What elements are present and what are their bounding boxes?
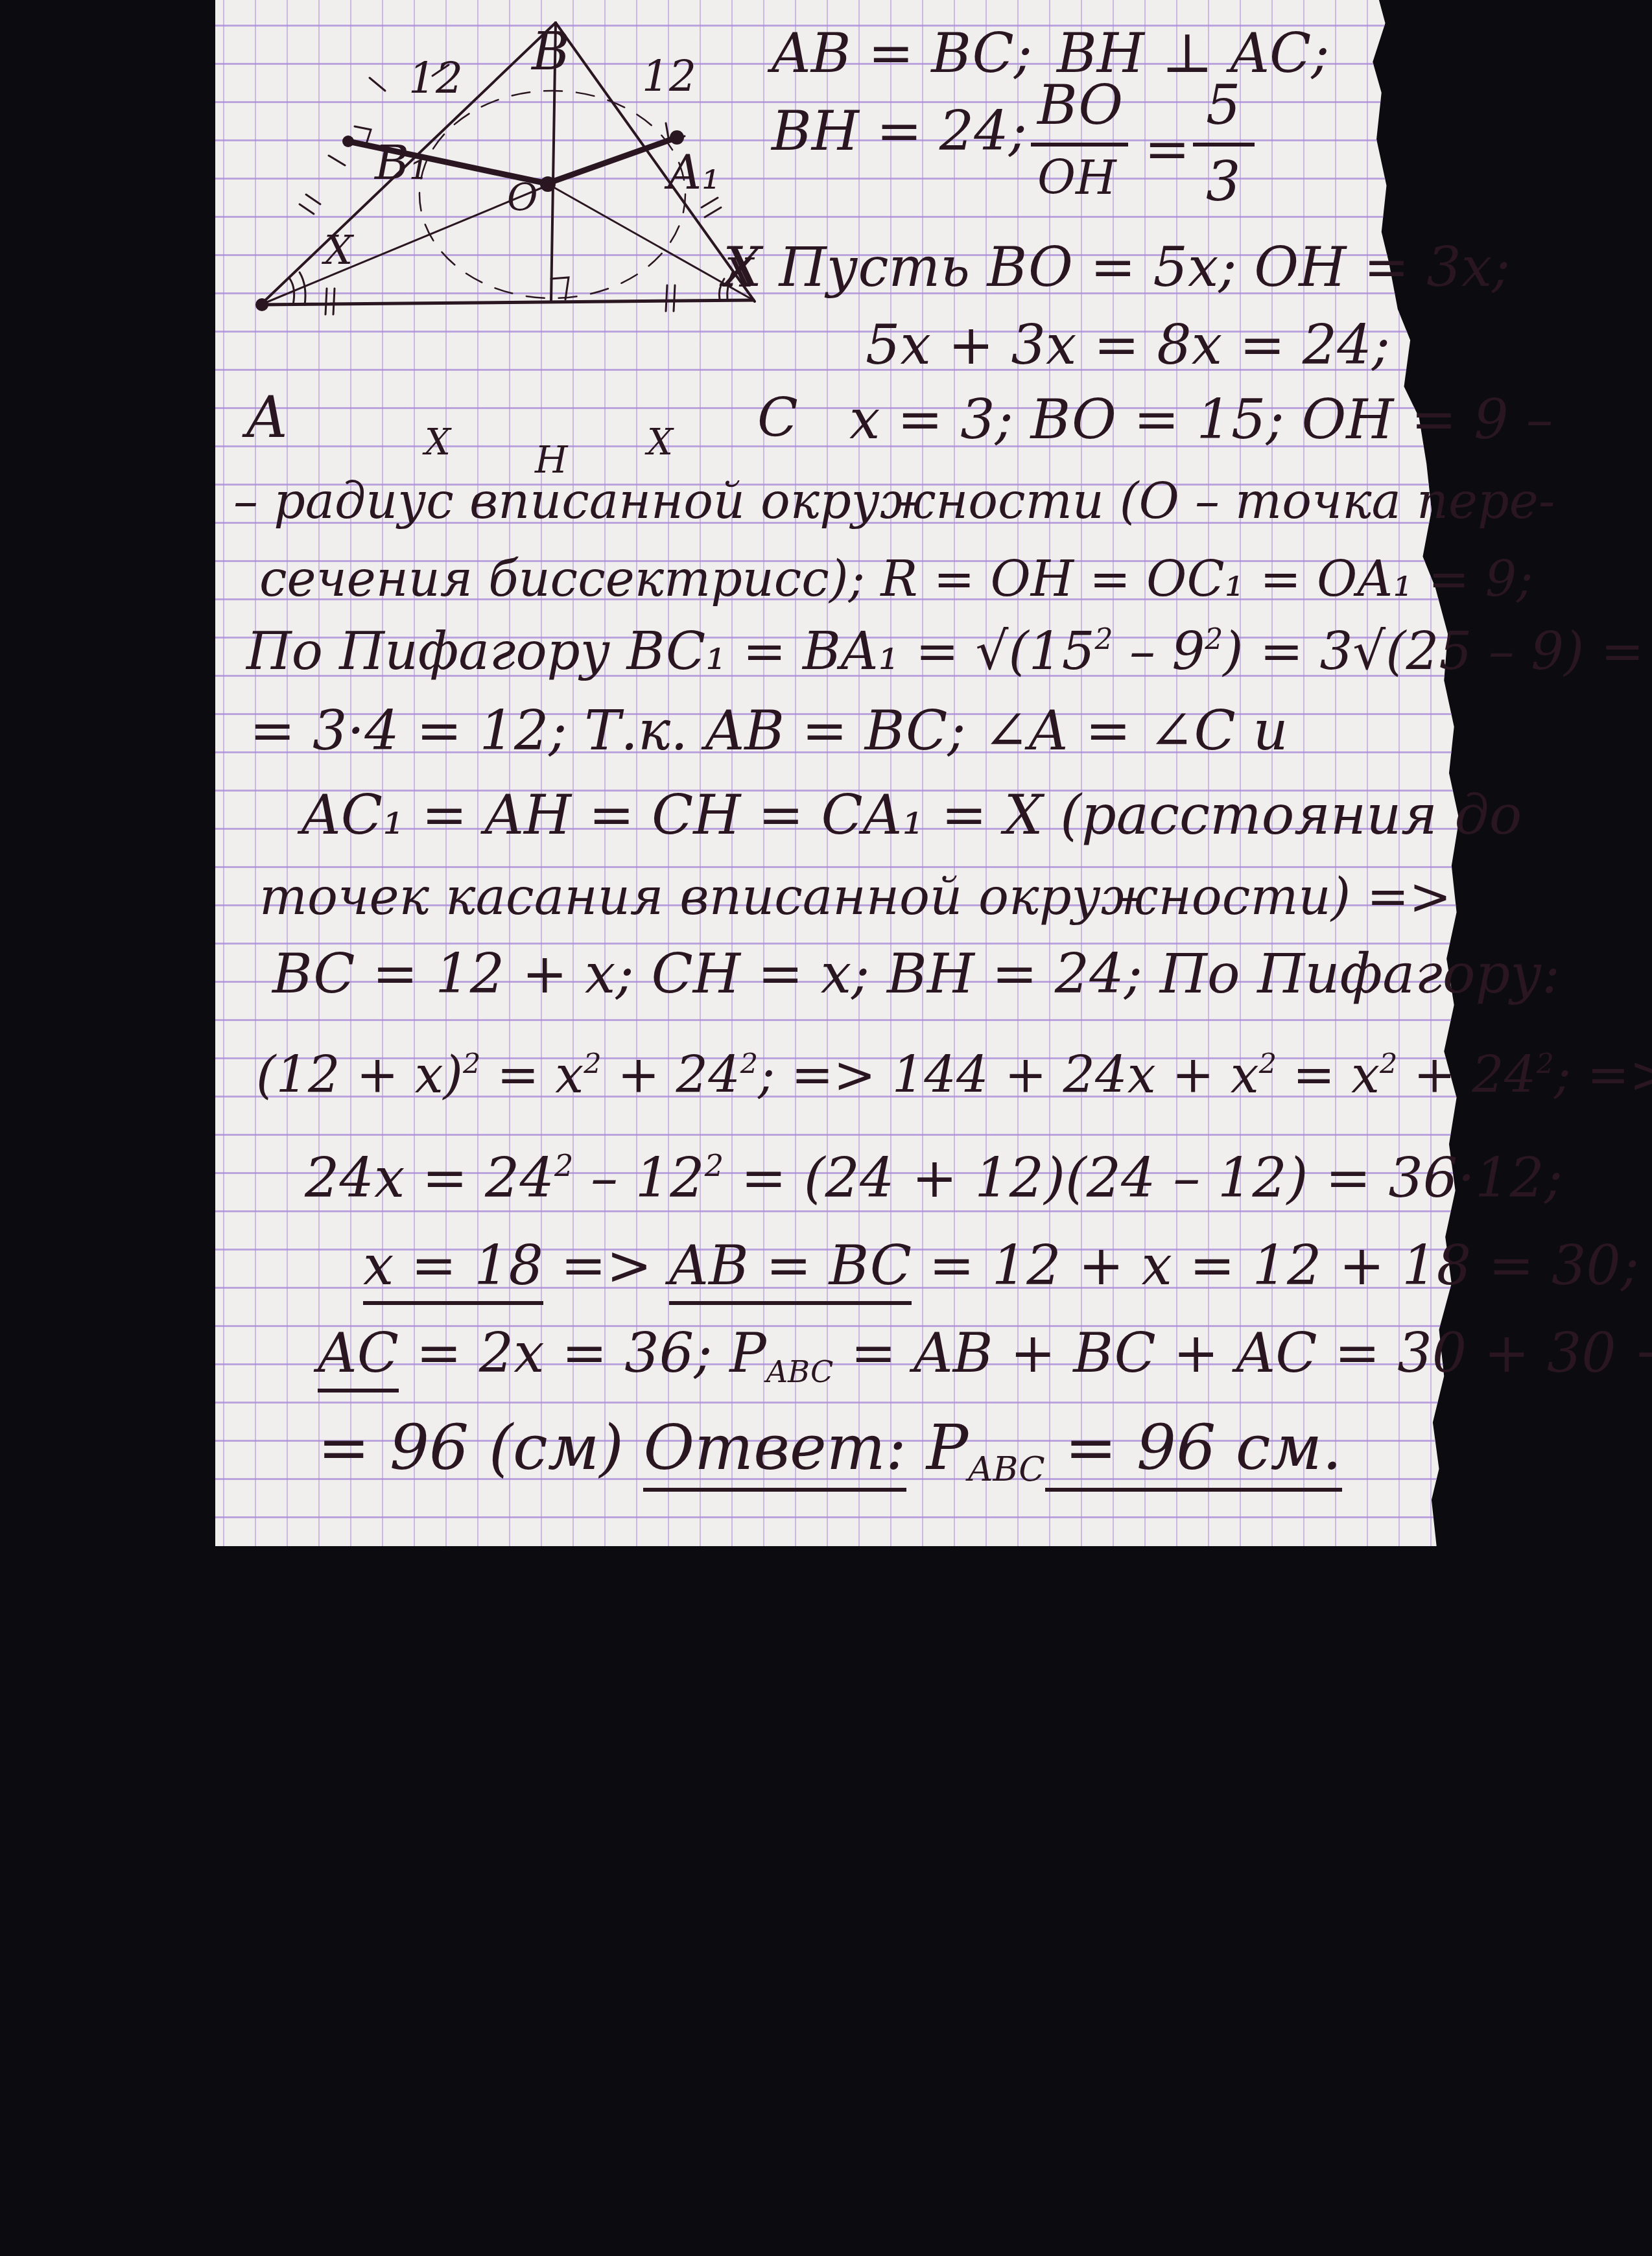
radius-oa1 [547, 137, 677, 183]
exponent: 2 [740, 1048, 758, 1080]
ratio-numerator: BO [1037, 78, 1123, 132]
point-o [540, 176, 556, 192]
given-ab-eq-bc: AB = BC; [772, 26, 1032, 80]
solution-line-2: 5x + 3x = 8x = 24; [866, 318, 1390, 372]
expr: (12 + x) [256, 1046, 463, 1105]
expr: = x [1277, 1046, 1380, 1105]
simplified-root: ) = 3√(25 – 9) = [1223, 621, 1644, 681]
label-a1: A₁ [668, 149, 720, 196]
solution-line-4: – радиус вписанной окружности (O – точка… [233, 476, 1555, 526]
exponent: 2 [463, 1048, 480, 1080]
ab-bc-value: = 12 + x = 12 + 18 = 30; [912, 1234, 1639, 1297]
label-a: A [246, 389, 288, 446]
label-o: O [507, 178, 538, 216]
label-12-right: 12 [642, 55, 696, 98]
answer-subscript: ABC [968, 1450, 1044, 1489]
given-ratio: BO OH = 5 3 [1031, 78, 1303, 214]
expr: – 12 [573, 1146, 704, 1210]
perimeter-sum: = AB + BC + AC = 30 + 30 + 36 = [833, 1321, 1652, 1385]
pythagoras-step-1: По Пифагору BC₁ = BA₁ = √(15 [246, 621, 1095, 681]
label-c: C [757, 392, 798, 445]
exponent: 2 [1380, 1048, 1397, 1080]
ac-value: = 2x = 36; P [399, 1321, 766, 1385]
answer-label: Ответ: [643, 1411, 906, 1492]
ratio-denominator: OH [1037, 154, 1116, 201]
expr: = x [480, 1046, 584, 1105]
x-result: x = 18 [363, 1234, 543, 1305]
exponent: 2 [1095, 623, 1113, 656]
label-x-bottom-left: X [425, 425, 451, 461]
solution-line-3: x = 3; BO = 15; OH = 9 – [849, 392, 1553, 447]
expr: + 24 [602, 1046, 740, 1105]
exponent: 2 [584, 1048, 601, 1080]
point-a [255, 298, 268, 311]
given-bh-24: BH = 24; [772, 104, 1027, 158]
point-b1 [342, 135, 354, 147]
exponent: 2 [1205, 623, 1223, 656]
solution-line-10: BC = 12 + x; CH = x; BH = 24; По Пифагор… [272, 946, 1560, 1001]
answer-value: = 96 см. [1045, 1411, 1342, 1492]
perimeter-value: = 96 (см) [318, 1411, 643, 1484]
expr: ; => [1554, 1046, 1652, 1105]
implies-arrow: => [543, 1234, 669, 1297]
perimeter-subscript: ABC [766, 1354, 834, 1389]
exponent: 2 [554, 1148, 573, 1183]
expr: ; => 144 + 24x + x [758, 1046, 1259, 1105]
solution-line-1: X Пусть BO = 5x; OH = 3x; [723, 240, 1510, 294]
minus-term: – 9 [1113, 621, 1205, 681]
ratio-bar [1031, 143, 1128, 147]
solution-line-8: AC₁ = AH = CH = CA₁ = X (расстояния до [301, 788, 1522, 842]
solution-line-7: = 3·4 = 12; Т.к. AB = BC; ∠A = ∠C и [250, 703, 1288, 758]
solution-line-5: сечения биссектрисс); R = OH = OC₁ = OA₁… [259, 554, 1533, 604]
solution-line-15-answer: = 96 (см) Ответ: PABC = 96 см. [318, 1416, 1342, 1487]
exponent: 2 [1259, 1048, 1277, 1080]
label-b1: B₁ [375, 139, 428, 186]
given-bh-perp-ac: BH ⊥ AC; [1057, 26, 1330, 80]
ratio-value-bar [1193, 143, 1255, 147]
right-angle-h [551, 277, 569, 300]
label-12-left: 12 [408, 57, 463, 100]
ratio-value-numerator: 5 [1206, 78, 1240, 132]
ratio-value-denominator: 3 [1206, 154, 1240, 209]
solution-line-11: (12 + x)2 = x2 + 242; => 144 + 24x + x2 … [256, 1050, 1652, 1101]
solution-line-14: AC = 2x = 36; PABC = AB + BC + AC = 30 +… [318, 1326, 1652, 1387]
label-x-bottom-right: X [647, 425, 673, 461]
label-b: B [532, 26, 570, 78]
answer-p: P [906, 1411, 968, 1484]
solution-line-13: x = 18 => AB = BC = 12 + x = 12 + 18 = 3… [363, 1238, 1639, 1293]
triangle-diagram [215, 0, 799, 467]
ac-label: AC [318, 1321, 399, 1392]
expr: 24x = 24 [305, 1146, 554, 1210]
point-a1 [670, 130, 684, 145]
label-x-left: X [324, 230, 353, 270]
exponent: 2 [705, 1148, 724, 1183]
solution-line-9: точек касания вписанной окружности) => [259, 872, 1452, 922]
exponent: 2 [1536, 1048, 1553, 1080]
solution-line-12: 24x = 242 – 122 = (24 + 12)(24 – 12) = 3… [305, 1151, 1563, 1205]
solution-line-6: По Пифагору BC₁ = BA₁ = √(152 – 92) = 3√… [246, 626, 1644, 677]
ratio-equals: = [1144, 122, 1190, 176]
ab-bc-label: AB = BC [669, 1234, 912, 1305]
expr: + 24 [1397, 1046, 1536, 1105]
expr: = (24 + 12)(24 – 12) = 36·12; [724, 1146, 1563, 1210]
